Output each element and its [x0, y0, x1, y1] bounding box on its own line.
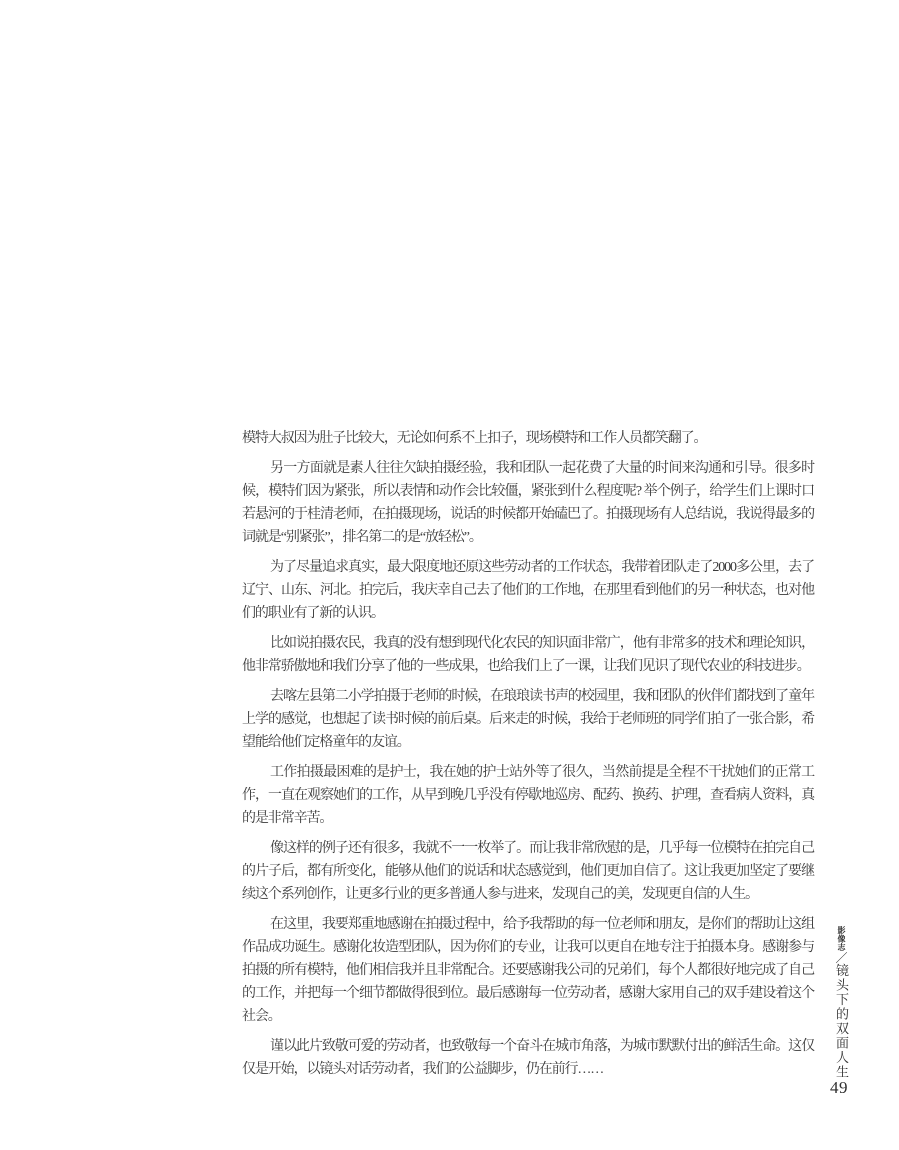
body-paragraph: 谨以此片致敬可爱的劳动者，也致敬每一个奋斗在城市角落，为城市默默付出的鲜活生命。…	[242, 1035, 814, 1081]
margin-running-title: 影像志／镜头下的双面人生	[831, 926, 851, 1080]
article-title-vertical: 镜头下的双面人生	[834, 964, 849, 1080]
article-body: 模特大叔因为肚子比较大，无论如何系不上扣子，现场模特和工作人员都笑翻了。 另一方…	[242, 427, 814, 1081]
series-label: 影像志	[837, 926, 846, 952]
body-paragraph: 另一方面就是素人往往欠缺拍摄经验，我和团队一起花费了大量的时间来沟通和引导。很多…	[242, 457, 814, 549]
series-separator: ／	[834, 952, 848, 964]
body-paragraph: 工作拍摄最困难的是护士，我在她的护士站外等了很久，当然前提是全程不干扰她们的正常…	[242, 761, 814, 830]
magazine-page: 模特大叔因为肚子比较大，无论如何系不上扣子，现场模特和工作人员都笑翻了。 另一方…	[0, 0, 899, 1150]
body-paragraph: 像这样的例子还有很多，我就不一一枚举了。而让我非常欣慰的是，几乎每一位模特在拍完…	[242, 837, 814, 906]
page-number: 49	[830, 1078, 848, 1098]
body-paragraph: 去喀左县第二小学拍摄于老师的时候，在琅琅读书声的校园里，我和团队的伙伴们都找到了…	[242, 685, 814, 754]
body-paragraph: 在这里，我要郑重地感谢在拍摄过程中，给予我帮助的每一位老师和朋友，是你们的帮助让…	[242, 913, 814, 1028]
body-paragraph: 模特大叔因为肚子比较大，无论如何系不上扣子，现场模特和工作人员都笑翻了。	[242, 427, 814, 450]
body-paragraph: 比如说拍摄农民，我真的没有想到现代化农民的知识面非常广，他有非常多的技术和理论知…	[242, 632, 814, 678]
body-paragraph: 为了尽量追求真实，最大限度地还原这些劳动者的工作状态，我带着团队走了2000多公…	[242, 556, 814, 625]
